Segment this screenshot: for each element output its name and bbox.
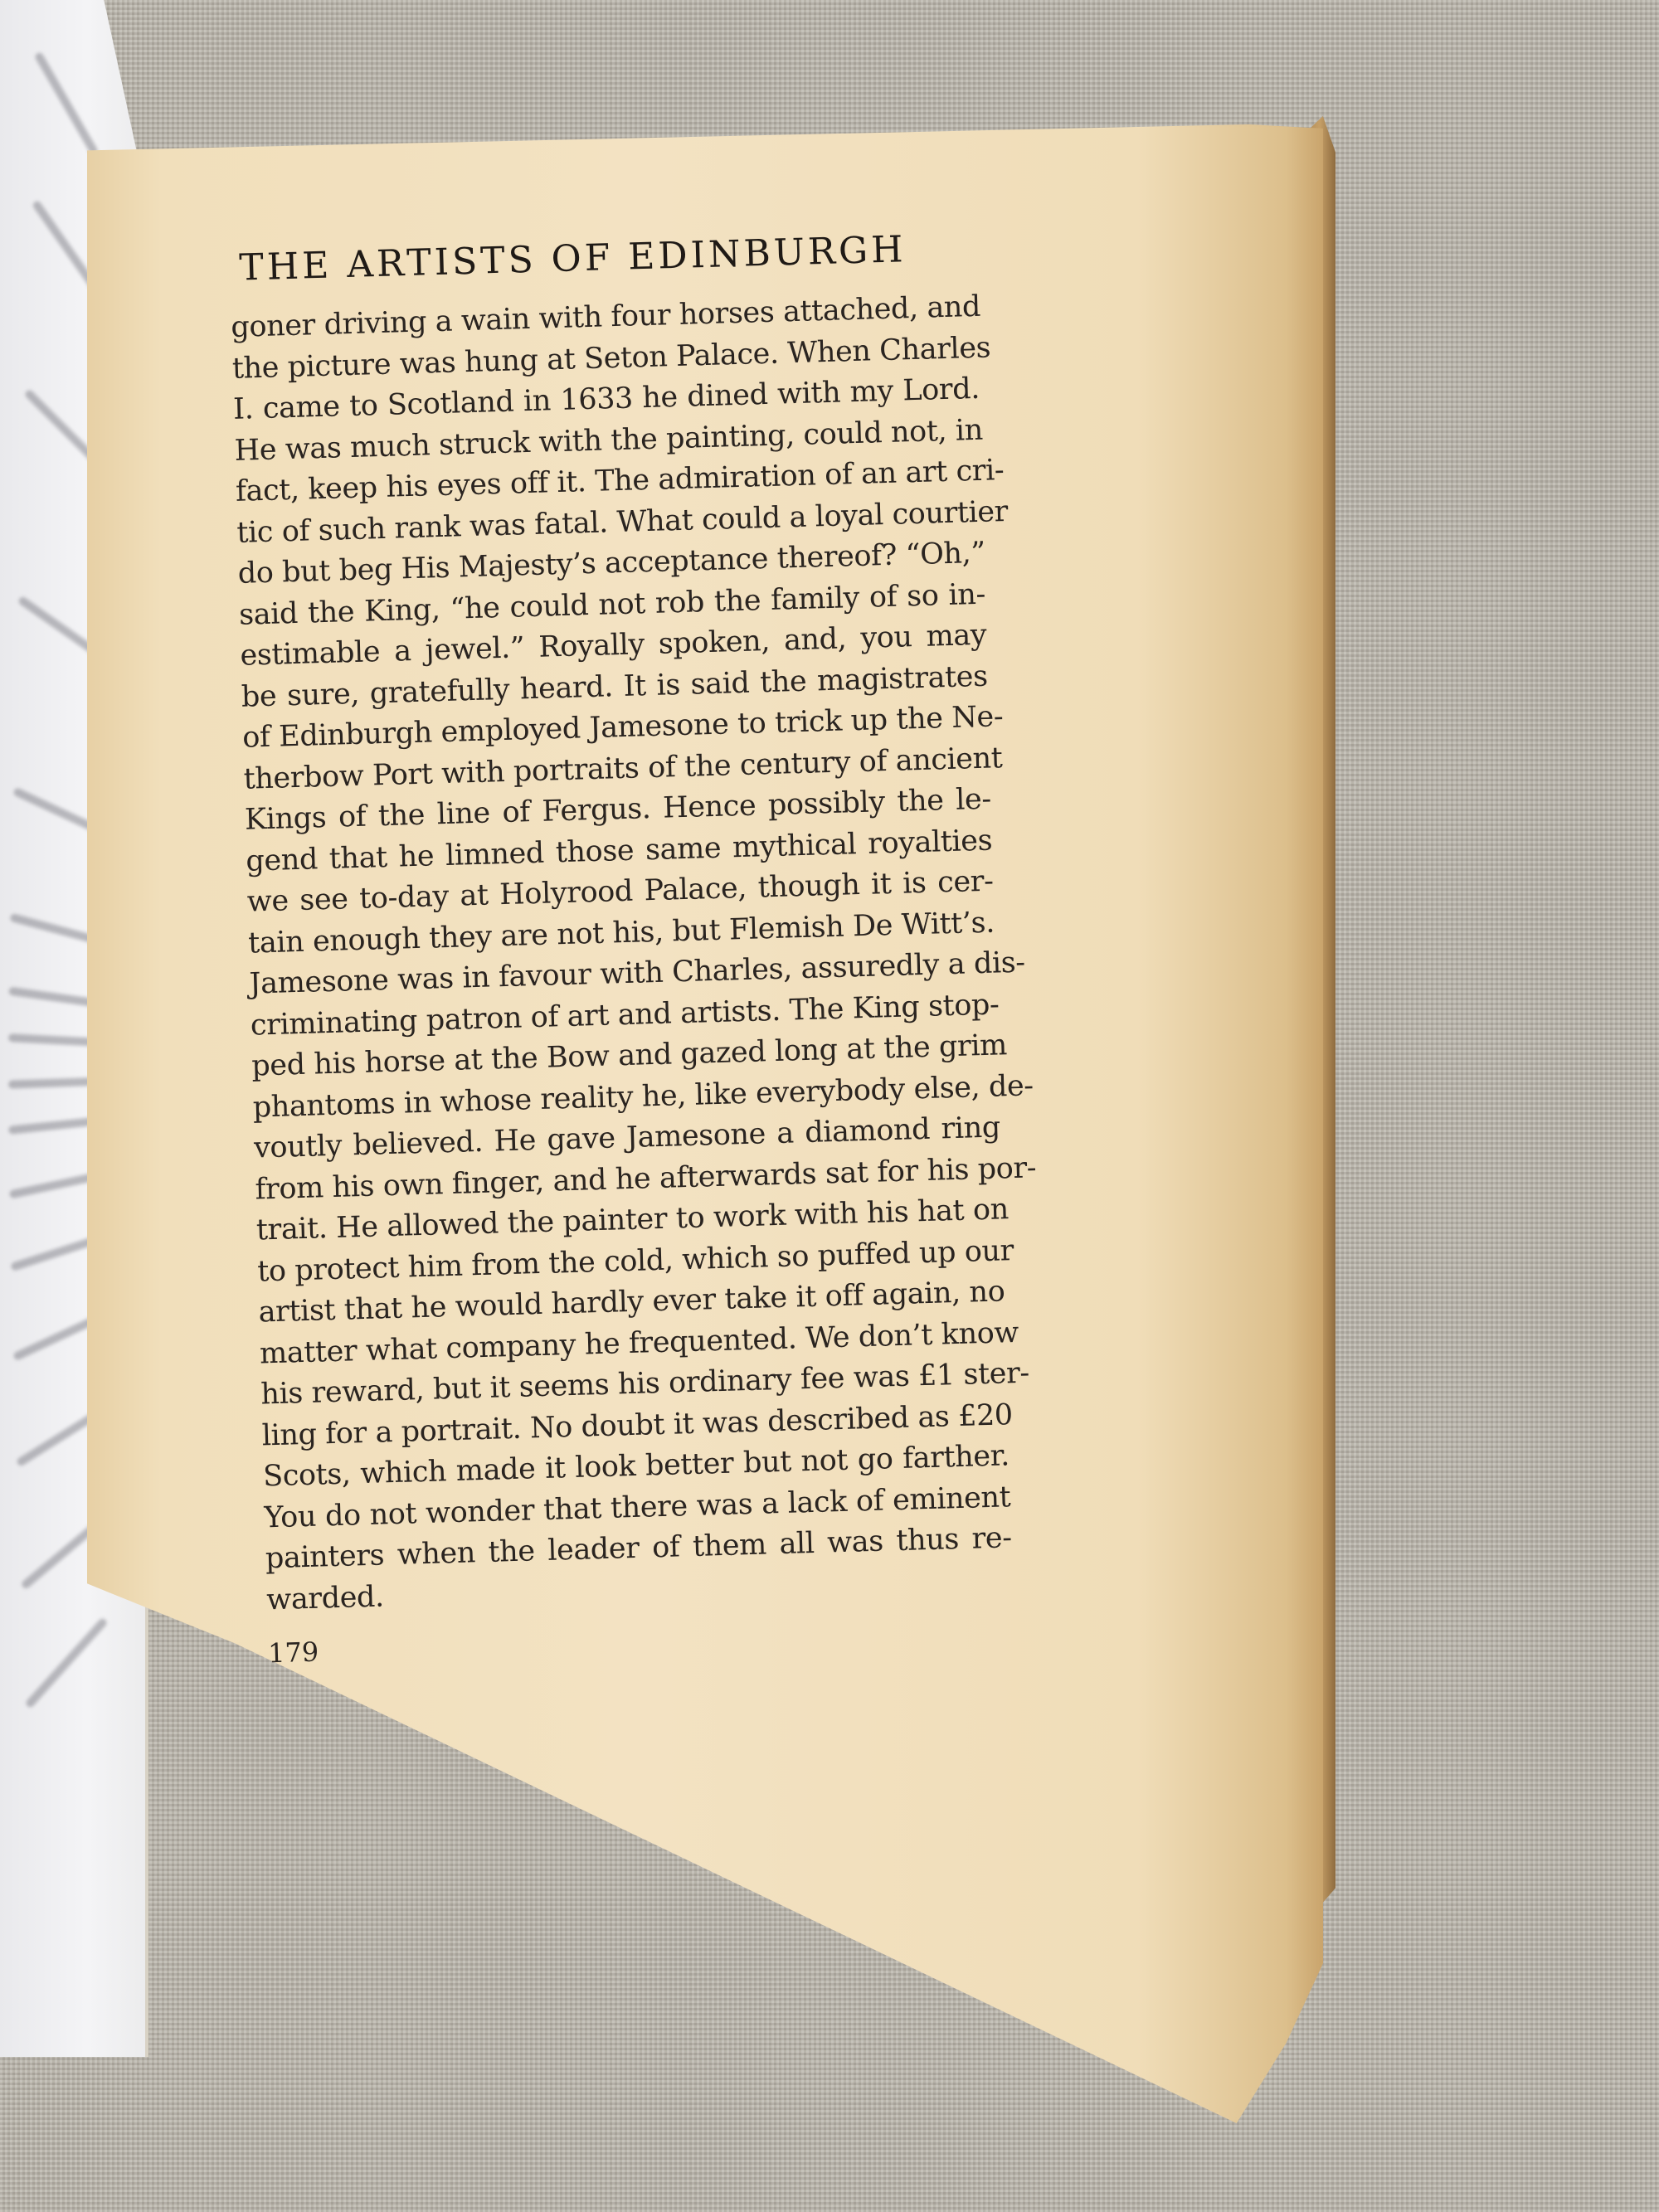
body-text: goner driving a wain with four horses at… [231,287,1014,1621]
blurred-text-line [34,51,100,156]
page-text-block: THE ARTISTS OF EDINBURGH goner driving a… [228,203,1014,1669]
running-head: THE ARTISTS OF EDINBURGH [239,226,976,289]
blurred-text-line [24,1617,108,1709]
